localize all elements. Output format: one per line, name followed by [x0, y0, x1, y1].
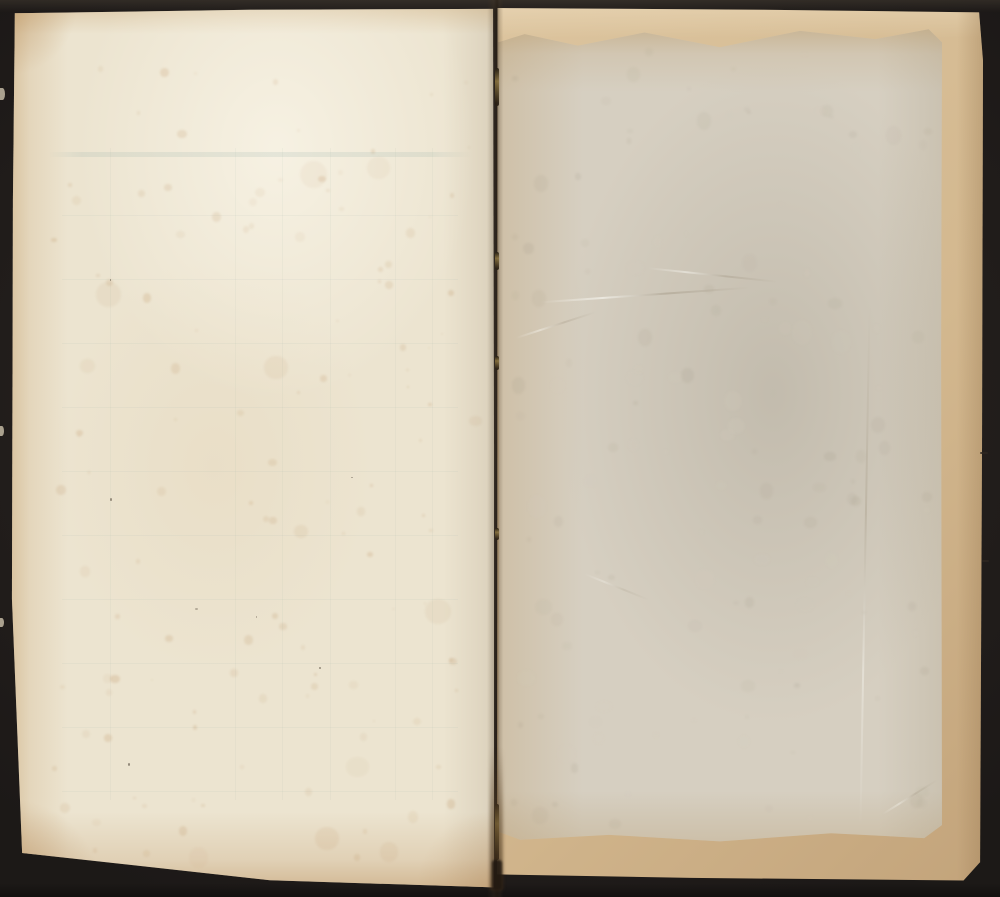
foxing-spot: [80, 359, 95, 374]
foxing-spot: [627, 129, 633, 134]
paper-speck: [110, 498, 112, 501]
foxing-spot: [110, 675, 119, 683]
foxing-spot: [752, 449, 756, 453]
foxing-spot: [385, 281, 393, 289]
foxing-spot: [413, 718, 421, 725]
foxing-spot: [273, 79, 278, 85]
foxing-spot: [60, 803, 70, 813]
show-through-column-rule: [330, 148, 331, 800]
foxing-spot: [320, 375, 326, 382]
foxing-spot: [425, 599, 451, 624]
foxing-spot: [80, 566, 90, 577]
show-through-rule: [62, 727, 458, 728]
stitch-thread: [495, 252, 499, 270]
foxing-spot: [371, 149, 375, 153]
foxing-spot: [201, 804, 205, 807]
paper-fiber: [982, 560, 989, 562]
foxing-spot: [534, 175, 548, 193]
foxing-spot: [98, 66, 103, 72]
foxing-spot: [856, 450, 866, 462]
foxing-spot: [212, 212, 221, 222]
show-through-band: [48, 152, 472, 157]
foxing-spot: [244, 635, 253, 645]
foxing-spot: [562, 642, 571, 651]
foxing-spot: [538, 714, 544, 719]
paper-fiber: [980, 452, 988, 454]
foxing-spot: [512, 234, 518, 241]
foxing-spot: [716, 481, 727, 490]
foxing-spot: [794, 683, 800, 688]
foxing-spot: [142, 804, 147, 808]
foxing-spot: [295, 232, 305, 242]
foxing-spot: [189, 847, 207, 868]
foxing-spot: [765, 805, 773, 812]
foxing-spot: [627, 67, 640, 82]
foxing-spot: [448, 290, 454, 296]
foxing-spot: [829, 115, 834, 119]
foxing-spot: [338, 170, 343, 175]
foxing-spot: [363, 829, 367, 833]
foxing-spot: [422, 514, 425, 517]
foxing-spot: [455, 689, 458, 692]
foxing-spot: [104, 734, 112, 742]
foxing-spot: [908, 602, 916, 611]
paper-speck: [319, 667, 321, 669]
foxing-spot: [804, 269, 810, 276]
foxing-spot: [528, 495, 546, 517]
foxing-spot: [51, 238, 56, 243]
foxing-spot: [311, 683, 318, 690]
cover-edge-chip: [0, 88, 5, 100]
foxing-spot: [512, 377, 525, 394]
foxing-spot: [847, 592, 851, 596]
foxing-spot: [566, 359, 572, 366]
foxing-spot: [852, 144, 860, 153]
foxing-spot: [626, 261, 645, 275]
foxing-spot: [625, 792, 631, 797]
foxing-spot: [849, 131, 857, 138]
foxing-spot: [575, 173, 581, 180]
foxing-spot: [315, 827, 339, 849]
foxing-spot: [779, 322, 792, 335]
foxing-spot: [52, 766, 56, 771]
foxing-spot: [240, 765, 244, 769]
foxing-spot: [916, 787, 929, 796]
foxing-spot: [279, 623, 287, 630]
foxing-spot: [400, 344, 406, 351]
foxing-spot: [469, 416, 482, 426]
foxing-spot: [699, 530, 704, 535]
foxing-spot: [195, 329, 198, 332]
foxing-spot: [922, 492, 932, 502]
foxing-spot: [871, 417, 885, 434]
foxing-spot: [571, 763, 579, 773]
foxing-spot: [779, 670, 783, 674]
show-through-rule: [62, 215, 458, 216]
tissue-crease-vertical: [859, 306, 870, 826]
foxing-spot: [512, 291, 519, 300]
foxing-spot: [532, 807, 548, 824]
foxing-spot: [638, 329, 652, 347]
foxing-spot: [557, 745, 575, 762]
right-tissue-page: [498, 26, 942, 843]
foxing-spot: [326, 500, 329, 503]
foxing-spot: [92, 819, 101, 826]
foxing-spot: [512, 76, 518, 81]
foxing-spot: [745, 597, 754, 608]
foxing-spot: [697, 112, 711, 129]
foxing-spot: [554, 516, 563, 527]
foxing-spot: [380, 842, 399, 862]
foxing-spot: [920, 667, 929, 675]
show-through-rule: [62, 791, 458, 792]
foxing-spot: [825, 552, 838, 568]
show-through-column-rule: [110, 148, 111, 800]
foxing-spot: [711, 305, 721, 316]
foxing-spot: [264, 356, 287, 380]
foxing-spot: [741, 680, 755, 691]
foxing-spot: [428, 347, 430, 349]
foxing-spot: [96, 274, 100, 277]
foxing-spot: [378, 267, 383, 272]
foxing-spot: [249, 223, 254, 229]
foxing-spot: [924, 128, 932, 135]
foxing-spot: [360, 733, 366, 741]
foxing-spot: [551, 613, 563, 626]
foxing-spot: [157, 487, 165, 496]
foxing-spot: [137, 111, 140, 115]
foxing-spot: [339, 207, 344, 211]
foxing-spot: [687, 87, 691, 92]
tissue-crease: [516, 311, 597, 339]
foxing-spot: [143, 293, 151, 303]
foxing-spot: [815, 107, 826, 115]
paper-speck: [195, 608, 198, 610]
foxing-spot: [301, 645, 306, 650]
foxing-spot: [143, 850, 150, 858]
foxing-spot: [668, 372, 683, 384]
foxing-spot: [349, 681, 358, 689]
gutter-dark-blot: [492, 860, 502, 890]
foxing-spot: [136, 559, 140, 564]
foxing-spot: [581, 239, 590, 247]
foxing-spot: [511, 799, 518, 807]
foxing-spot: [518, 722, 523, 727]
show-through-rule: [62, 279, 458, 280]
foxing-spot: [527, 537, 531, 542]
foxing-spot: [297, 391, 300, 394]
foxing-spot: [406, 369, 409, 372]
foxing-spot: [688, 620, 702, 632]
foxing-spot: [179, 826, 187, 836]
show-through-column-rule: [282, 148, 283, 800]
foxing-spot: [76, 430, 83, 436]
paper-speck: [110, 279, 111, 281]
spine-gutter: [487, 0, 507, 897]
foxing-spot: [171, 363, 180, 374]
foxing-spot: [851, 479, 855, 484]
foxing-spot: [342, 532, 345, 535]
foxing-spot: [133, 797, 136, 800]
foxing-spot: [314, 673, 317, 676]
foxing-spot: [552, 802, 558, 807]
foxing-spot: [910, 764, 916, 769]
foxing-spot: [875, 696, 880, 701]
foxing-spot: [354, 854, 360, 862]
foxing-spot: [523, 243, 534, 255]
foxing-spot: [174, 418, 177, 421]
foxing-spot: [294, 525, 308, 539]
cover-edge-chip: [0, 618, 4, 627]
foxing-spot: [367, 552, 373, 557]
foxing-spot: [60, 685, 64, 690]
stitch-thread: [495, 356, 499, 370]
foxing-spot: [802, 52, 807, 57]
foxing-spot: [695, 569, 715, 589]
foxing-spot: [441, 333, 443, 335]
foxing-spot: [468, 146, 470, 148]
foxing-spot: [367, 157, 390, 179]
show-through-rule: [62, 343, 458, 344]
foxing-spot: [791, 751, 794, 754]
foxing-spot: [873, 324, 880, 332]
foxing-spot: [528, 331, 534, 335]
foxing-spot: [806, 577, 818, 587]
foxing-spot: [724, 391, 742, 411]
foxing-spot: [193, 725, 197, 730]
foxing-spot: [269, 517, 277, 525]
foxing-spot: [828, 298, 843, 309]
foxing-spot: [807, 816, 812, 821]
foxing-spot: [193, 710, 196, 713]
foxing-spot: [406, 228, 415, 238]
paper-speck: [256, 616, 258, 618]
foxing-spot: [585, 269, 590, 274]
foxing-spot: [595, 571, 600, 575]
foxing-spot: [194, 72, 197, 75]
foxing-spot: [164, 184, 172, 192]
foxing-spot: [584, 475, 597, 487]
foxing-spot: [913, 630, 920, 636]
foxing-spot: [596, 701, 612, 712]
foxing-spot: [138, 190, 145, 197]
foxing-spot: [609, 819, 621, 828]
foxing-spot: [428, 403, 432, 407]
foxing-spot: [704, 285, 713, 293]
foxing-spot: [430, 93, 432, 95]
foxing-spot: [336, 320, 339, 322]
foxing-spot: [176, 231, 185, 238]
foxing-spot: [731, 67, 736, 70]
foxing-spot: [300, 161, 326, 188]
foxing-spot: [813, 483, 825, 492]
foxing-spot: [761, 317, 768, 322]
foxing-spot: [645, 48, 653, 56]
stitch-thread: [495, 68, 499, 106]
foxing-spot: [373, 720, 375, 722]
foxing-spot: [633, 401, 638, 405]
foxing-spot: [297, 129, 300, 132]
foxing-spot: [593, 733, 603, 744]
foxing-spot: [535, 599, 552, 615]
foxing-spot: [754, 554, 770, 565]
foxing-spot: [792, 320, 812, 345]
foxing-spot: [82, 730, 91, 739]
foxing-spot: [177, 130, 186, 138]
foxing-spot: [165, 635, 173, 642]
foxing-spot: [912, 331, 924, 343]
foxing-spot: [151, 679, 153, 681]
foxing-spot: [385, 261, 392, 268]
foxing-spot: [72, 196, 81, 205]
foxing-spot: [601, 97, 611, 105]
foxing-spot: [305, 788, 312, 796]
foxing-spot: [160, 68, 169, 77]
foxing-spot: [408, 811, 418, 822]
foxing-spot: [464, 81, 468, 85]
foxing-spot: [192, 798, 195, 802]
foxing-spot: [831, 330, 851, 354]
foxing-spot: [306, 694, 310, 697]
foxing-spot: [627, 138, 631, 143]
foxing-spot: [255, 188, 265, 197]
stitch-thread: [495, 528, 499, 540]
foxing-spot: [653, 236, 662, 247]
left-page: [10, 8, 495, 890]
foxing-spot: [237, 410, 244, 416]
foxing-spot: [886, 126, 901, 144]
paper-speck: [351, 477, 353, 479]
foxing-spot: [628, 439, 639, 451]
show-through-rule: [62, 663, 458, 664]
show-through-column-rule: [432, 148, 433, 800]
foxing-spot: [56, 485, 66, 495]
foxing-spot: [370, 484, 373, 488]
foxing-spot: [608, 443, 617, 452]
foxing-spot: [760, 483, 773, 499]
foxing-spot: [249, 198, 257, 206]
foxing-spot: [796, 598, 814, 612]
show-through-rule: [62, 471, 458, 472]
foxing-spot: [769, 298, 777, 306]
foxing-spot: [419, 439, 422, 442]
foxing-spot: [259, 694, 267, 703]
foxing-spot: [93, 848, 98, 853]
foxing-spot: [357, 507, 364, 516]
foxing-spot: [429, 216, 432, 218]
foxing-spot: [738, 735, 750, 748]
show-through-rule: [62, 407, 458, 408]
foxing-spot: [745, 715, 749, 720]
foxing-spot: [794, 650, 806, 659]
foxing-spot: [742, 254, 757, 271]
foxing-spot: [532, 290, 546, 307]
foxing-spot: [726, 112, 734, 119]
foxing-spot: [851, 496, 861, 506]
foxing-spot: [249, 501, 253, 504]
tissue-crease: [584, 573, 650, 601]
foxing-spot: [230, 669, 237, 677]
foxing-spot: [824, 452, 836, 460]
foxing-spot: [447, 799, 456, 808]
foxing-spot: [923, 507, 930, 513]
cover-edge-chip: [0, 426, 4, 436]
foxing-spot: [733, 601, 739, 605]
foxing-spot: [346, 757, 369, 776]
foxing-spot: [589, 717, 602, 728]
foxing-spot: [268, 459, 277, 466]
foxing-spot: [663, 450, 668, 453]
foxing-spot: [684, 232, 688, 236]
foxing-spot: [436, 765, 441, 769]
tissue-crease: [648, 267, 777, 283]
foxing-spot: [516, 412, 525, 420]
foxing-spot: [407, 386, 410, 388]
foxing-spot: [348, 374, 351, 376]
foxing-spot: [634, 365, 643, 375]
foxing-spot: [450, 193, 454, 198]
paper-speck: [128, 763, 130, 765]
foxing-spot: [653, 733, 659, 738]
foxing-spot: [608, 575, 615, 580]
foxing-spot: [753, 516, 762, 524]
foxing-spot: [106, 689, 112, 696]
show-through-column-rule: [395, 148, 396, 800]
foxing-spot: [879, 441, 890, 455]
foxing-spot: [68, 183, 72, 187]
foxing-spot: [550, 378, 565, 393]
foxing-spot: [272, 613, 279, 619]
foxing-spot: [115, 614, 119, 619]
show-through-rule: [62, 599, 458, 600]
foxing-spot: [919, 140, 927, 150]
foxing-spot: [692, 719, 696, 722]
book-scan-photograph: [0, 0, 1000, 897]
foxing-spot: [804, 517, 816, 528]
foxing-spot: [378, 280, 381, 284]
tissue-crease: [540, 287, 750, 304]
foxing-spot: [517, 670, 536, 686]
foxing-spot: [877, 386, 882, 390]
show-through-column-rule: [235, 148, 236, 800]
foxing-spot: [96, 282, 122, 307]
foxing-spot: [727, 418, 745, 435]
foxing-spot: [747, 111, 751, 114]
foxing-spot: [778, 202, 784, 207]
show-through-rule: [62, 535, 458, 536]
